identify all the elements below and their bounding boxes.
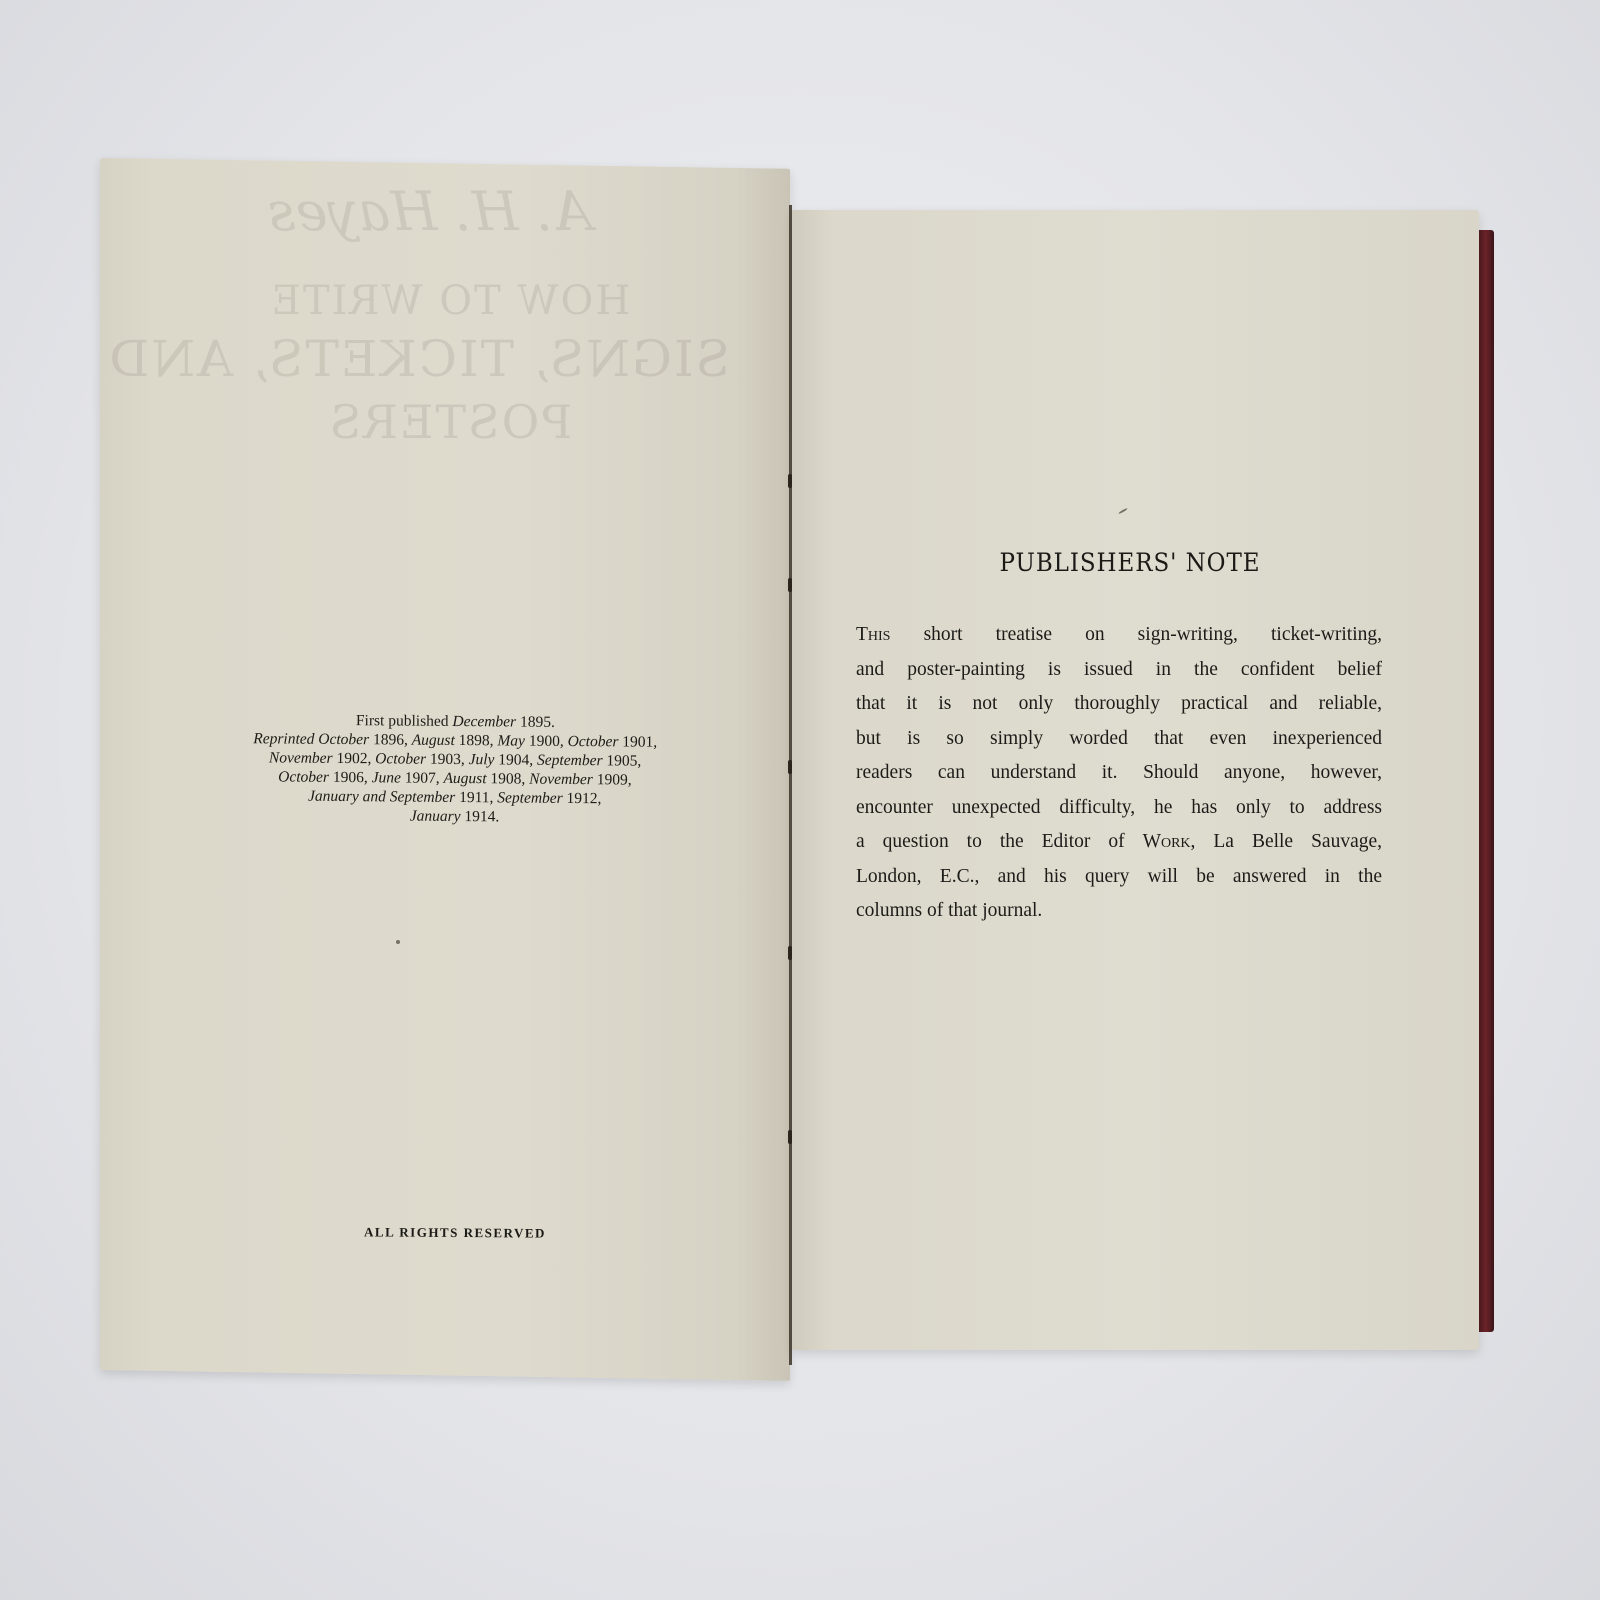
paper-speck [396, 940, 400, 944]
note-line: a question to the Editor of Work, La Bel… [856, 825, 1382, 860]
reprint-year: 1896, [369, 731, 412, 748]
note-line: readers can understand it. Should anyone… [856, 756, 1382, 791]
reprint-month: Reprinted October [253, 730, 369, 748]
note-line: This short treatise on sign-writing, tic… [856, 618, 1382, 653]
reprint-year: 1914. [461, 808, 500, 825]
first-published-label: First published [356, 712, 453, 730]
reprint-month: May [497, 732, 525, 749]
note-text: , La Belle Sauvage, [1191, 831, 1382, 852]
ghost-signature: A. H. Hayes [190, 180, 670, 243]
reprint-month: October [375, 750, 426, 767]
reprint-month: August [443, 770, 486, 787]
publication-history: First published December 1895. Reprinted… [210, 710, 701, 828]
reprint-month: August [412, 732, 455, 749]
binding-stitch [788, 946, 792, 960]
reprint-year: 1902, [333, 750, 376, 767]
first-published-year: 1895. [516, 714, 555, 731]
reprint-year: 1903, [426, 751, 469, 768]
book-cover-edge-right [1478, 230, 1494, 1332]
note-text: London, E.C., and his query will be answ… [856, 866, 1382, 887]
note-line: London, E.C., and his query will be answ… [856, 860, 1382, 895]
note-text: but is so simply worded that even inexpe… [856, 728, 1382, 749]
ghost-title-line: SIGNS, TICKETS, AND [170, 330, 730, 388]
ghost-title-line: POSTERS [260, 395, 640, 449]
note-line: that it is not only thoroughly practical… [856, 687, 1382, 722]
reprint-year: 1904, [494, 751, 537, 768]
note-text: a question to the Editor of [856, 831, 1143, 852]
small-caps-word: This [856, 624, 890, 645]
note-text: encounter unexpected difficulty, he has … [856, 797, 1382, 818]
book-gutter [789, 205, 792, 1365]
reprint-year: 1912, [563, 790, 602, 807]
binding-stitch [788, 1130, 792, 1144]
reprint-year: 1906, [329, 769, 372, 786]
note-text: that it is not only thoroughly practical… [856, 693, 1382, 714]
reprint-month: November [529, 771, 593, 789]
reprint-year: 1908, [486, 770, 529, 787]
page-title: PUBLISHERS' NOTE [882, 548, 1379, 577]
reprint-year: 1901, [618, 733, 657, 750]
note-text: short treatise on sign-writing, ticket-w… [890, 624, 1382, 645]
binding-stitch [788, 760, 792, 774]
publishers-note-body: This short treatise on sign-writing, tic… [856, 618, 1382, 929]
reprint-month: October [278, 768, 329, 785]
note-line: but is so simply worded that even inexpe… [856, 722, 1382, 757]
reprint-month: July [469, 751, 495, 768]
note-text: and poster-painting is issued in the con… [856, 659, 1382, 680]
binding-stitch [788, 474, 792, 488]
reprint-lines: Reprinted October 1896, August 1898, May… [210, 729, 701, 828]
reprint-month: November [269, 749, 333, 767]
reprint-month: January [410, 808, 461, 825]
binding-stitch [788, 578, 792, 592]
note-line: columns of that journal. [856, 894, 1382, 929]
reprint-year: 1905, [602, 752, 641, 769]
note-text: readers can understand it. Should anyone… [856, 762, 1382, 783]
note-text: columns of that journal. [856, 900, 1042, 921]
reprint-year: 1898, [455, 732, 498, 749]
reprint-year: 1909, [593, 771, 632, 788]
reprint-month: June [372, 769, 401, 786]
reprint-year: 1900, [525, 733, 568, 750]
all-rights-reserved: ALL RIGHTS RESERVED [340, 1224, 570, 1242]
small-caps-word: Work [1143, 831, 1191, 852]
note-line: and poster-painting is issued in the con… [856, 653, 1382, 688]
reprint-year: 1911, [455, 789, 497, 806]
reprint-month: September [537, 752, 603, 770]
reprint-year: 1907, [401, 770, 444, 787]
reprint-month: January and September [308, 788, 455, 806]
first-published-month: December [452, 713, 516, 731]
reprint-month: September [497, 789, 563, 807]
note-line: encounter unexpected difficulty, he has … [856, 791, 1382, 826]
reprint-month: October [568, 733, 619, 750]
ghost-title-line: HOW TO WRITE [230, 278, 670, 324]
